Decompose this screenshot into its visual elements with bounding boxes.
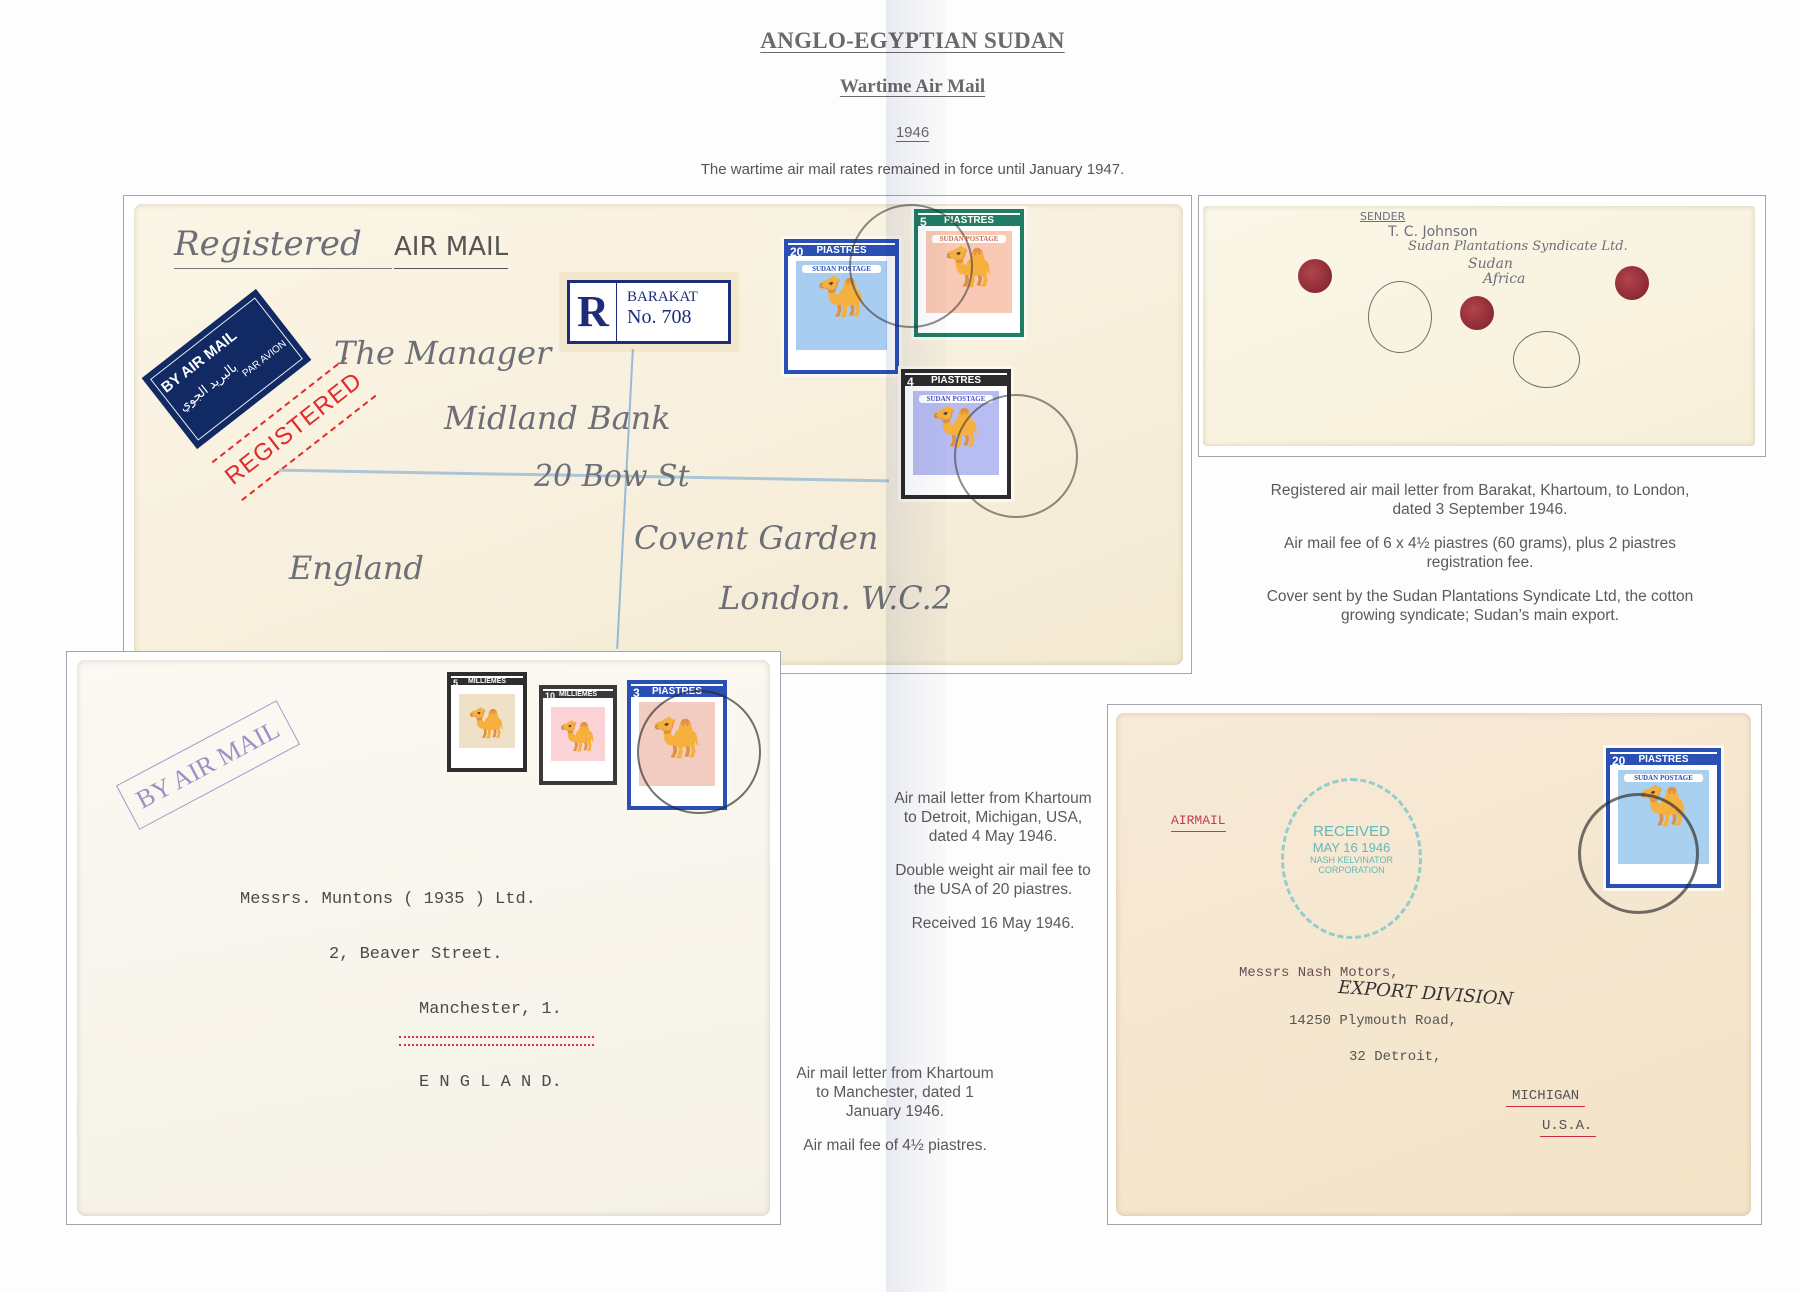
address-line-2: EXPORT DIVISION [1337,977,1513,1010]
stamp-unit: MILLIEMES [451,678,523,685]
registered-cover-envelope: Registered AIR MAIL BY AIR MAIL بالبريد … [134,204,1183,665]
caption-paragraph: Registered air mail letter from Barakat,… [1260,481,1700,519]
address-line-3: Manchester, 1. [419,1000,562,1019]
page-subtitle: Wartime Air Mail [0,76,1800,98]
address-line-6: U.S.A. [1540,1118,1596,1137]
received-handstamp: RECEIVED MAY 16 1946 NASH KELVINATOR COR… [1281,778,1422,939]
registered-cover-back-envelope: SENDER T. C. Johnson Sudan Plantations S… [1203,206,1755,446]
postmark [1368,281,1432,353]
received-date: MAY 16 1946 [1284,840,1419,855]
address-line-4: 32 Detroit, [1349,1049,1441,1065]
stamp-value: 5 [453,678,458,688]
postmark [849,204,973,328]
camel-postman-icon: 🐪 [451,706,523,741]
caption-paragraph: Cover sent by the Sudan Plantations Synd… [1260,587,1700,625]
address-line-1: The Manager [334,334,551,372]
stamp-unit: PIASTRES [1610,754,1717,765]
caption-registered-cover: Registered air mail letter from Barakat,… [1260,481,1700,640]
received-company-suffix: CORPORATION [1284,865,1419,875]
stamp-value: 4 [907,375,914,389]
registration-number: No. 708 [627,306,698,329]
caption-paragraph: Received 16 May 1946. [888,914,1098,933]
handwritten-air-mail: AIR MAIL [394,232,508,269]
wax-seal [1460,296,1494,330]
page-year: 1946 [0,124,1800,141]
airmail-typed: AIRMAIL [1171,813,1226,832]
manchester-cover-envelope: BY AIR MAIL MILLIEMES 🐪 5 MILLIEMES 🐪 10… [77,660,770,1216]
by-air-mail-cachet-text: BY AIR MAIL [131,715,285,816]
address-line-2: Midland Bank [444,399,671,437]
stamp-10-milliemes: MILLIEMES 🐪 10 [539,685,617,785]
received-company: NASH KELVINATOR [1284,855,1419,865]
stamp-label: SUDAN POSTAGE [919,395,993,403]
sender-company: Sudan Plantations Syndicate Ltd. [1408,239,1628,254]
by-air-mail-cachet: BY AIR MAIL [116,700,300,830]
address-line-3: 20 Bow St [534,459,690,494]
address-line-4: Covent Garden [634,519,878,557]
received-text: RECEIVED [1284,823,1419,840]
stamp-5-milliemes: MILLIEMES 🐪 5 [447,672,527,772]
caption-paragraph: Air mail letter from Khartoum to Manches… [795,1064,995,1121]
blue-crayon-line-vertical [616,349,634,649]
caption-detroit-cover: Air mail letter from Khartoum to Detroit… [888,789,1098,948]
registered-cover-back-frame: SENDER T. C. Johnson Sudan Plantations S… [1198,195,1766,457]
address-line-5: London. W.C.2 [719,579,952,617]
caption-paragraph: Air mail fee of 4½ piastres. [795,1136,995,1155]
address-line-5: MICHIGAN [1506,1088,1585,1107]
stamp-value: 20 [1612,754,1625,768]
stamp-label: SUDAN POSTAGE [1624,774,1703,782]
red-typed-underline [399,1036,594,1046]
registered-cover-frame: Registered AIR MAIL BY AIR MAIL بالبريد … [123,195,1192,674]
stamp-unit: PIASTRES [905,375,1007,386]
sender-label: SENDER [1360,210,1405,223]
handwritten-registered: Registered [174,224,392,269]
camel-postman-icon: 🐪 [543,719,613,754]
sender-country: Sudan [1468,256,1513,272]
wax-seal [1615,266,1649,300]
stamp-value: 20 [790,245,803,259]
detroit-cover-frame: AIRMAIL RECEIVED MAY 16 1946 NASH KELVIN… [1107,704,1762,1225]
postmark [1513,331,1580,388]
wax-seal [1298,259,1332,293]
caption-paragraph: Air mail letter from Khartoum to Detroit… [888,789,1098,846]
manchester-cover-frame: BY AIR MAIL MILLIEMES 🐪 5 MILLIEMES 🐪 10… [66,651,781,1225]
caption-paragraph: Double weight air mail fee to the USA of… [888,861,1098,899]
address-line-2: 2, Beaver Street. [329,945,502,964]
postmark [954,394,1078,518]
address-line-4: E N G L A N D. [419,1073,562,1092]
sender-continent: Africa [1483,271,1525,287]
detroit-cover-envelope: AIRMAIL RECEIVED MAY 16 1946 NASH KELVIN… [1116,713,1751,1216]
registration-letter: R [570,283,617,341]
intro-text: The wartime air mail rates remained in f… [0,161,1800,178]
page-title: ANGLO-EGYPTIAN SUDAN [0,28,1800,54]
address-line-6: England [289,549,424,587]
caption-paragraph: Air mail fee of 6 x 4½ piastres (60 gram… [1260,534,1700,572]
sender-name: T. C. Johnson [1388,224,1478,240]
registration-office: BARAKAT [627,289,698,306]
registration-label: R BARAKAT No. 708 [559,272,739,352]
air-mail-postmark [1578,793,1699,914]
address-line-1: Messrs. Muntons ( 1935 ) Ltd. [240,890,536,909]
address-line-3: 14250 Plymouth Road, [1289,1013,1457,1029]
caption-manchester-cover: Air mail letter from Khartoum to Manches… [795,1064,995,1170]
stamp-value: 10 [545,691,555,701]
khartoum-postmark [637,690,761,814]
stamp-value: 3 [633,686,640,700]
